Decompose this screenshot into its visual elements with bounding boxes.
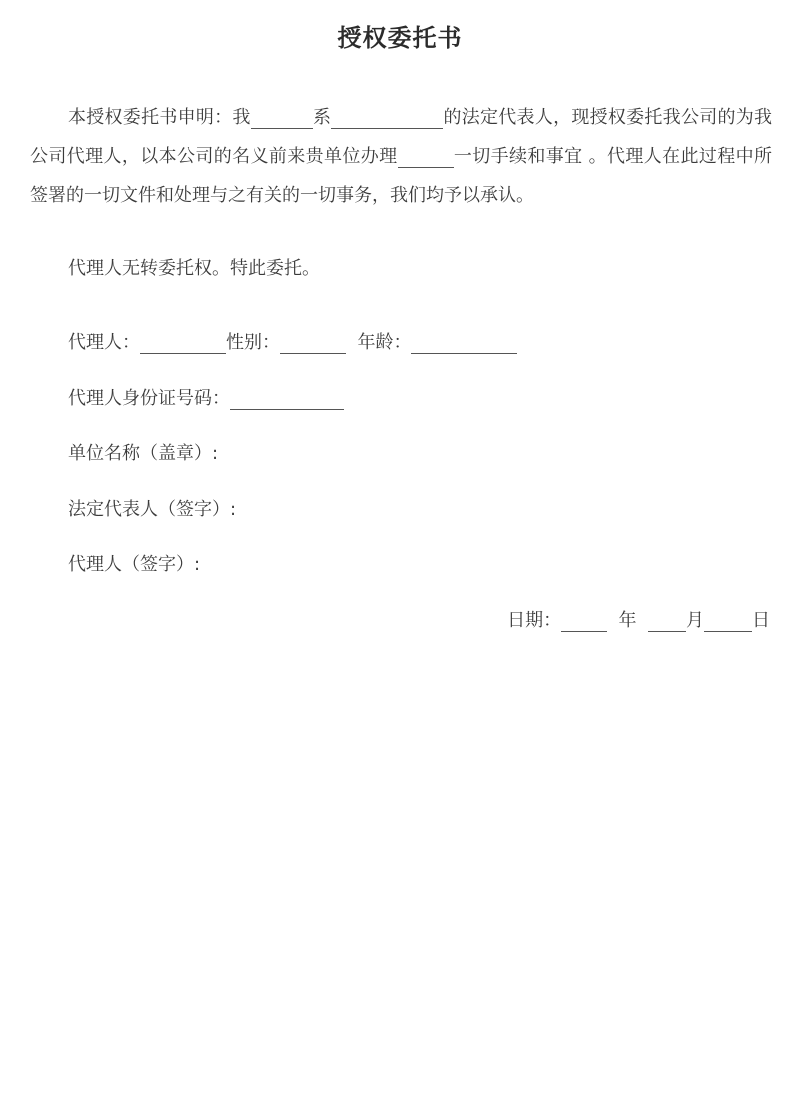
day-blank[interactable] xyxy=(704,609,752,632)
month-label: 月 xyxy=(686,610,704,631)
day-label: 日 xyxy=(752,610,770,631)
month-blank[interactable] xyxy=(648,609,686,632)
agent-info-row: 代理人：性别： 年龄： xyxy=(68,328,517,358)
unit-seal-label: 单位名称（盖章）: xyxy=(68,439,218,469)
declaration-text-2: 系 xyxy=(313,107,332,128)
date-label: 日期： xyxy=(507,610,561,631)
matter-blank[interactable] xyxy=(398,145,454,168)
year-label: 年 xyxy=(619,610,637,631)
age-label: 年龄： xyxy=(357,332,411,353)
gender-label: 性别： xyxy=(226,332,280,353)
agent-signature-label: 代理人（签字）: xyxy=(68,550,200,580)
id-label: 代理人身份证号码： xyxy=(68,388,230,409)
gender-blank[interactable] xyxy=(280,331,346,354)
no-subdelegation-statement: 代理人无转委托权。特此委托。 xyxy=(68,254,320,284)
declaration-text-3: 的法定代表人，现授权委托我公司的 xyxy=(443,107,736,128)
age-blank[interactable] xyxy=(411,331,517,354)
id-number-blank[interactable] xyxy=(230,387,344,410)
agent-name-blank[interactable] xyxy=(140,331,226,354)
legal-rep-name-blank[interactable] xyxy=(331,106,443,129)
agent-label: 代理人： xyxy=(68,332,140,353)
declaration-text-1: 本授权委托书申明：我 xyxy=(68,107,251,128)
legal-rep-signature-label: 法定代表人（签字）: xyxy=(68,495,236,525)
date-row: 日期： 年 月日 xyxy=(507,606,770,636)
declaration-paragraph: 本授权委托书申明：我系的法定代表人，现授权委托我公司的为我公司代理人，以本公司的… xyxy=(30,98,772,215)
document-title: 授权委托书 xyxy=(0,18,800,53)
company-name-blank[interactable] xyxy=(251,106,313,129)
year-blank[interactable] xyxy=(561,609,607,632)
agent-id-row: 代理人身份证号码： xyxy=(68,384,344,414)
